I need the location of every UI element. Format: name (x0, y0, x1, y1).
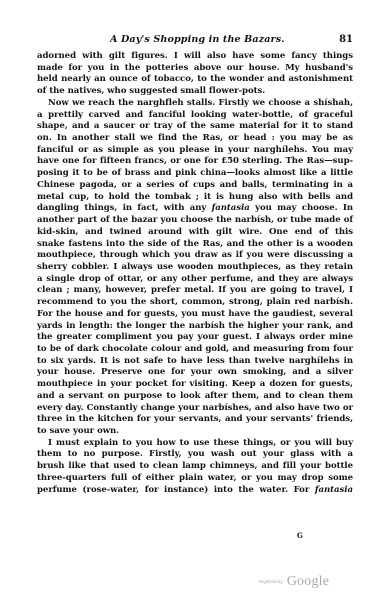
text-line: I must explain to you how to use these t… (37, 438, 353, 450)
text-line: recommend to you the short, common, stro… (37, 297, 353, 309)
text-line: a single drop of ottar, or any other per… (37, 274, 353, 286)
text-line: to save your own. (37, 426, 353, 438)
text-line: every day. Constantly change your narbís… (37, 403, 353, 415)
text-span: perfume (rose-water, for instance) into … (37, 485, 315, 495)
text-span: dangling things, in fact, with any (37, 203, 212, 213)
text-line: posing it to be of brass and pink china—… (37, 168, 353, 180)
text-line: to six yards. It is not safe to have les… (37, 356, 353, 368)
text-line: the greater compliment you pay your gues… (37, 332, 353, 344)
watermark-prefix: Digitized by (259, 579, 283, 584)
text-line: mouthpiece, through which you draw as if… (37, 250, 353, 262)
text-line: three-quarters full of either plain wate… (37, 473, 353, 485)
italic-word: fantasia (315, 485, 353, 495)
text-line: mouthpiece in your pocket for visiting. … (37, 379, 353, 391)
text-line: dangling things, in fact, with any fanta… (37, 203, 353, 215)
body-text: adorned with gilt figures. I will also h… (37, 51, 353, 496)
text-line: on. In another stall we find the Ras, or… (37, 133, 353, 145)
text-line: Now we reach the narghfleh stalls. First… (37, 98, 353, 110)
text-line: perfume (rose-water, for instance) into … (37, 485, 353, 497)
signature-mark: G (297, 531, 303, 540)
text-line: them to no purpose. Firstly, you wash ou… (37, 449, 353, 461)
text-line: and a servant on purpose to look after t… (37, 391, 353, 403)
running-head-title: A Day's Shopping in the Bazars. (110, 34, 285, 45)
text-line: yards in length: the longer the narbísh … (37, 321, 353, 333)
text-line: made for you in the potteries above our … (37, 63, 353, 75)
watermark-brand: Google (287, 574, 329, 589)
text-line: snake fastens into the side of the Ras, … (37, 239, 353, 251)
text-line: shape, and a saucer or tray of the same … (37, 121, 353, 133)
text-line: fanciful or as simple as you please in y… (37, 145, 353, 157)
text-line: of the natives, who suggested small flow… (37, 86, 353, 98)
text-line: a prettily carved and fanciful looking w… (37, 110, 353, 122)
text-line: held nearly an ounce of tobacco, to the … (37, 74, 353, 86)
book-page: A Day's Shopping in the Bazars. 81 adorn… (0, 0, 389, 599)
text-line: For the house and for guests, you must h… (37, 309, 353, 321)
running-head: A Day's Shopping in the Bazars. 81 (37, 34, 353, 48)
text-line: to be of dark chocolate colour and gold,… (37, 344, 353, 356)
text-line: brush like that used to clean lamp chimn… (37, 461, 353, 473)
text-line: Chinese pagoda, or a series of cups and … (37, 180, 353, 192)
text-line: another part of the bazar you choose the… (37, 215, 353, 227)
text-line: clean ; many, however, prefer metal. If … (37, 285, 353, 297)
text-line: sherry cobbler. I always use wooden mout… (37, 262, 353, 274)
italic-word: fantasia (212, 203, 250, 213)
text-span: you may choose. In (250, 203, 353, 213)
text-line: have one for fifteen francs, or one for … (37, 156, 353, 168)
text-line: adorned with gilt figures. I will also h… (37, 51, 353, 63)
text-line: three in the kitchen for your servants, … (37, 414, 353, 426)
text-line: kid-skin, and twined around with gilt wi… (37, 227, 353, 239)
digitized-by-google-watermark: Digitized by Google (259, 572, 329, 590)
text-line: your house. Preserve one for your own sm… (37, 367, 353, 379)
page-number: 81 (339, 34, 353, 45)
text-line: metal cup, to hold the tombak ; it is hu… (37, 192, 353, 204)
